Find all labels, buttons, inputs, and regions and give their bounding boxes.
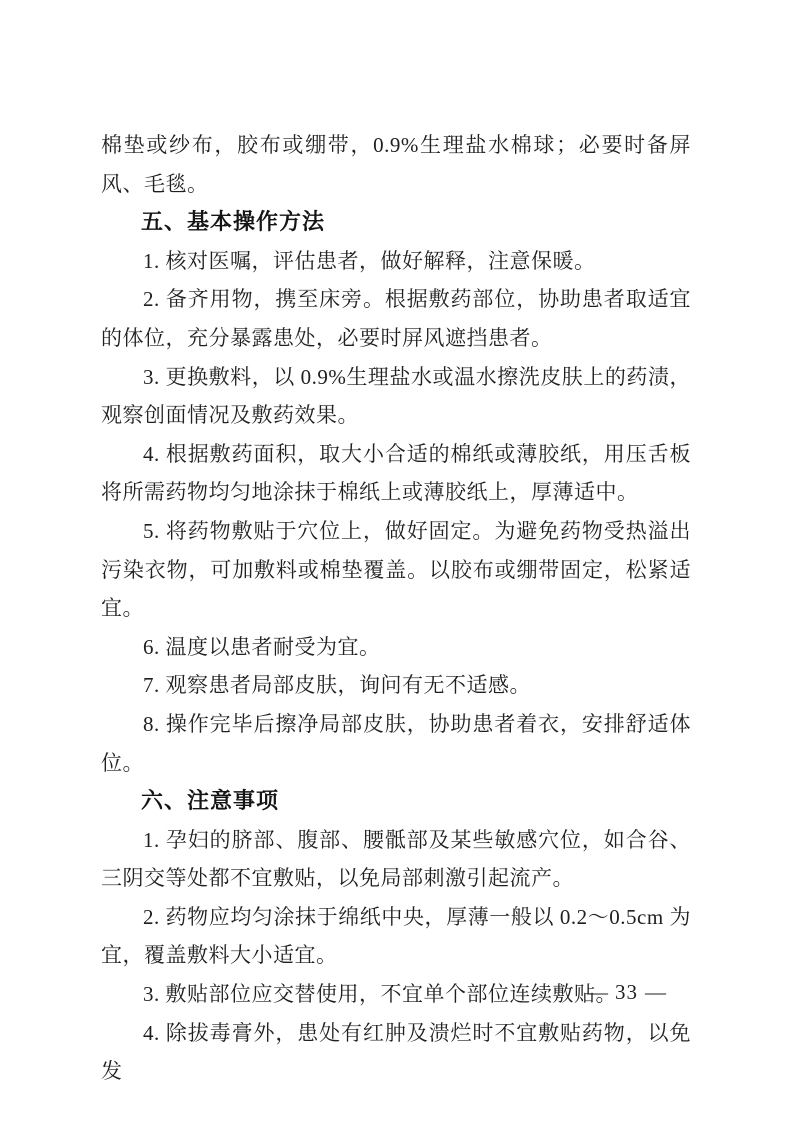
step-item-3: 3. 更换敷料，以 0.9%生理盐水或温水擦洗皮肤上的药渍，观察创面情况及敷药效… <box>101 358 691 435</box>
page-content: 棉垫或纱布，胶布或绷带，0.9%生理盐水棉球；必要时备屏风、毛毯。 五、基本操作… <box>101 126 691 1091</box>
page-footer: —33— <box>580 979 673 1005</box>
step-item-2: 2. 备齐用物，携至床旁。根据敷药部位，协助患者取适宜的体位，充分暴露患处，必要… <box>101 280 691 357</box>
step-item-6: 6. 温度以患者耐受为宜。 <box>101 628 691 667</box>
document-page: 棉垫或纱布，胶布或绷带，0.9%生理盐水棉球；必要时备屏风、毛毯。 五、基本操作… <box>0 0 793 1122</box>
paragraph-continuation: 棉垫或纱布，胶布或绷带，0.9%生理盐水棉球；必要时备屏风、毛毯。 <box>101 126 691 203</box>
note-item-4: 4. 除拔毒膏外，患处有红肿及溃烂时不宜敷贴药物，以免发 <box>101 1014 691 1091</box>
step-item-8: 8. 操作完毕后擦净局部皮肤，协助患者着衣，安排舒适体位。 <box>101 705 691 782</box>
page-number: 33 <box>615 980 638 1004</box>
footer-dash-left: — <box>580 980 615 1004</box>
note-item-2: 2. 药物应均匀涂抹于绵纸中央，厚薄一般以 0.2～0.5cm 为宜，覆盖敷料大… <box>101 898 691 975</box>
step-item-7: 7. 观察患者局部皮肤，询问有无不适感。 <box>101 666 691 705</box>
heading-section-5: 五、基本操作方法 <box>101 203 691 242</box>
heading-section-6: 六、注意事项 <box>101 782 691 821</box>
step-item-1: 1. 核对医嘱，评估患者，做好解释，注意保暖。 <box>101 242 691 281</box>
step-item-5: 5. 将药物敷贴于穴位上，做好固定。为避免药物受热溢出污染衣物，可加敷料或棉垫覆… <box>101 512 691 628</box>
step-item-4: 4. 根据敷药面积，取大小合适的棉纸或薄胶纸，用压舌板将所需药物均匀地涂抹于棉纸… <box>101 435 691 512</box>
footer-dash-right: — <box>638 980 673 1004</box>
note-item-1: 1. 孕妇的脐部、腹部、腰骶部及某些敏感穴位，如合谷、三阴交等处都不宜敷贴，以免… <box>101 821 691 898</box>
